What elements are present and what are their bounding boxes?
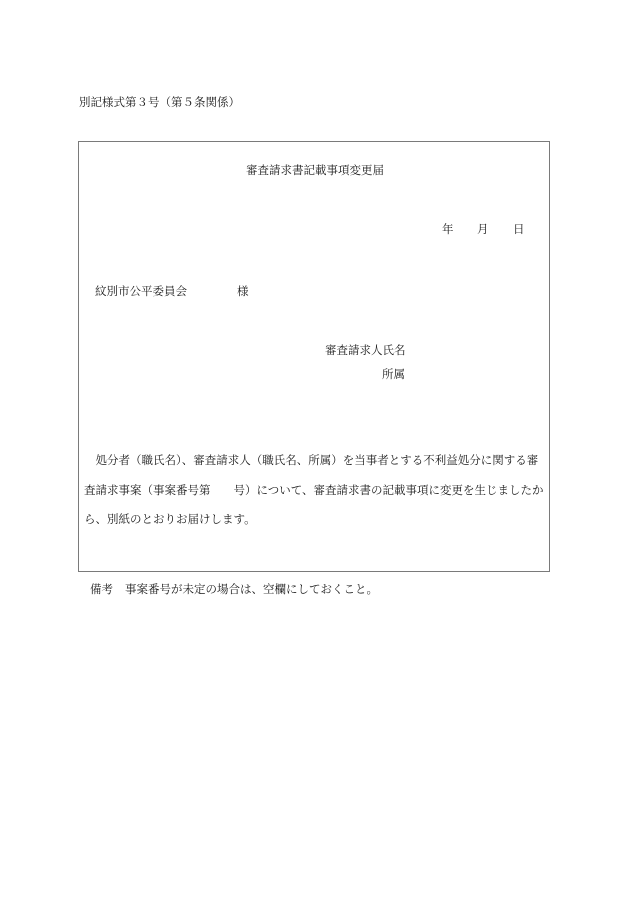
body-line: 査請求事案（事案番号第 号）について、審査請求書の記載事項に変更を生じましたか [84,476,550,506]
addressee: 紋別市公平委員会 [95,286,187,298]
affiliation-label: 所属 [382,369,405,381]
form-style-label: 別記様式第３号（第５条関係） [79,97,240,109]
remarks-label: 備考 [90,584,113,596]
document-title: 審査請求書記載事項変更届 [79,165,551,177]
body-line: ら、別紙のとおりお届けします。 [84,505,550,535]
date-day-label: 日 [513,224,525,236]
remarks-text: 事案番号が未定の場合は、空欄にしておくこと。 [125,584,378,596]
requester-name-label: 審査請求人氏名 [325,345,406,357]
date-month-label: 月 [477,224,489,236]
body-paragraph: 処分者（職氏名）、審査請求人（職氏名、所属）を当事者とする不利益処分に関する審 … [84,446,550,535]
date-year-label: 年 [442,224,454,236]
form-box: 審査請求書記載事項変更届 年 月 日 紋別市公平委員会 様 審査請求人氏名 所属… [78,141,550,572]
honorific: 様 [237,286,249,298]
body-line: 処分者（職氏名）、審査請求人（職氏名、所属）を当事者とする不利益処分に関する審 [84,446,550,476]
